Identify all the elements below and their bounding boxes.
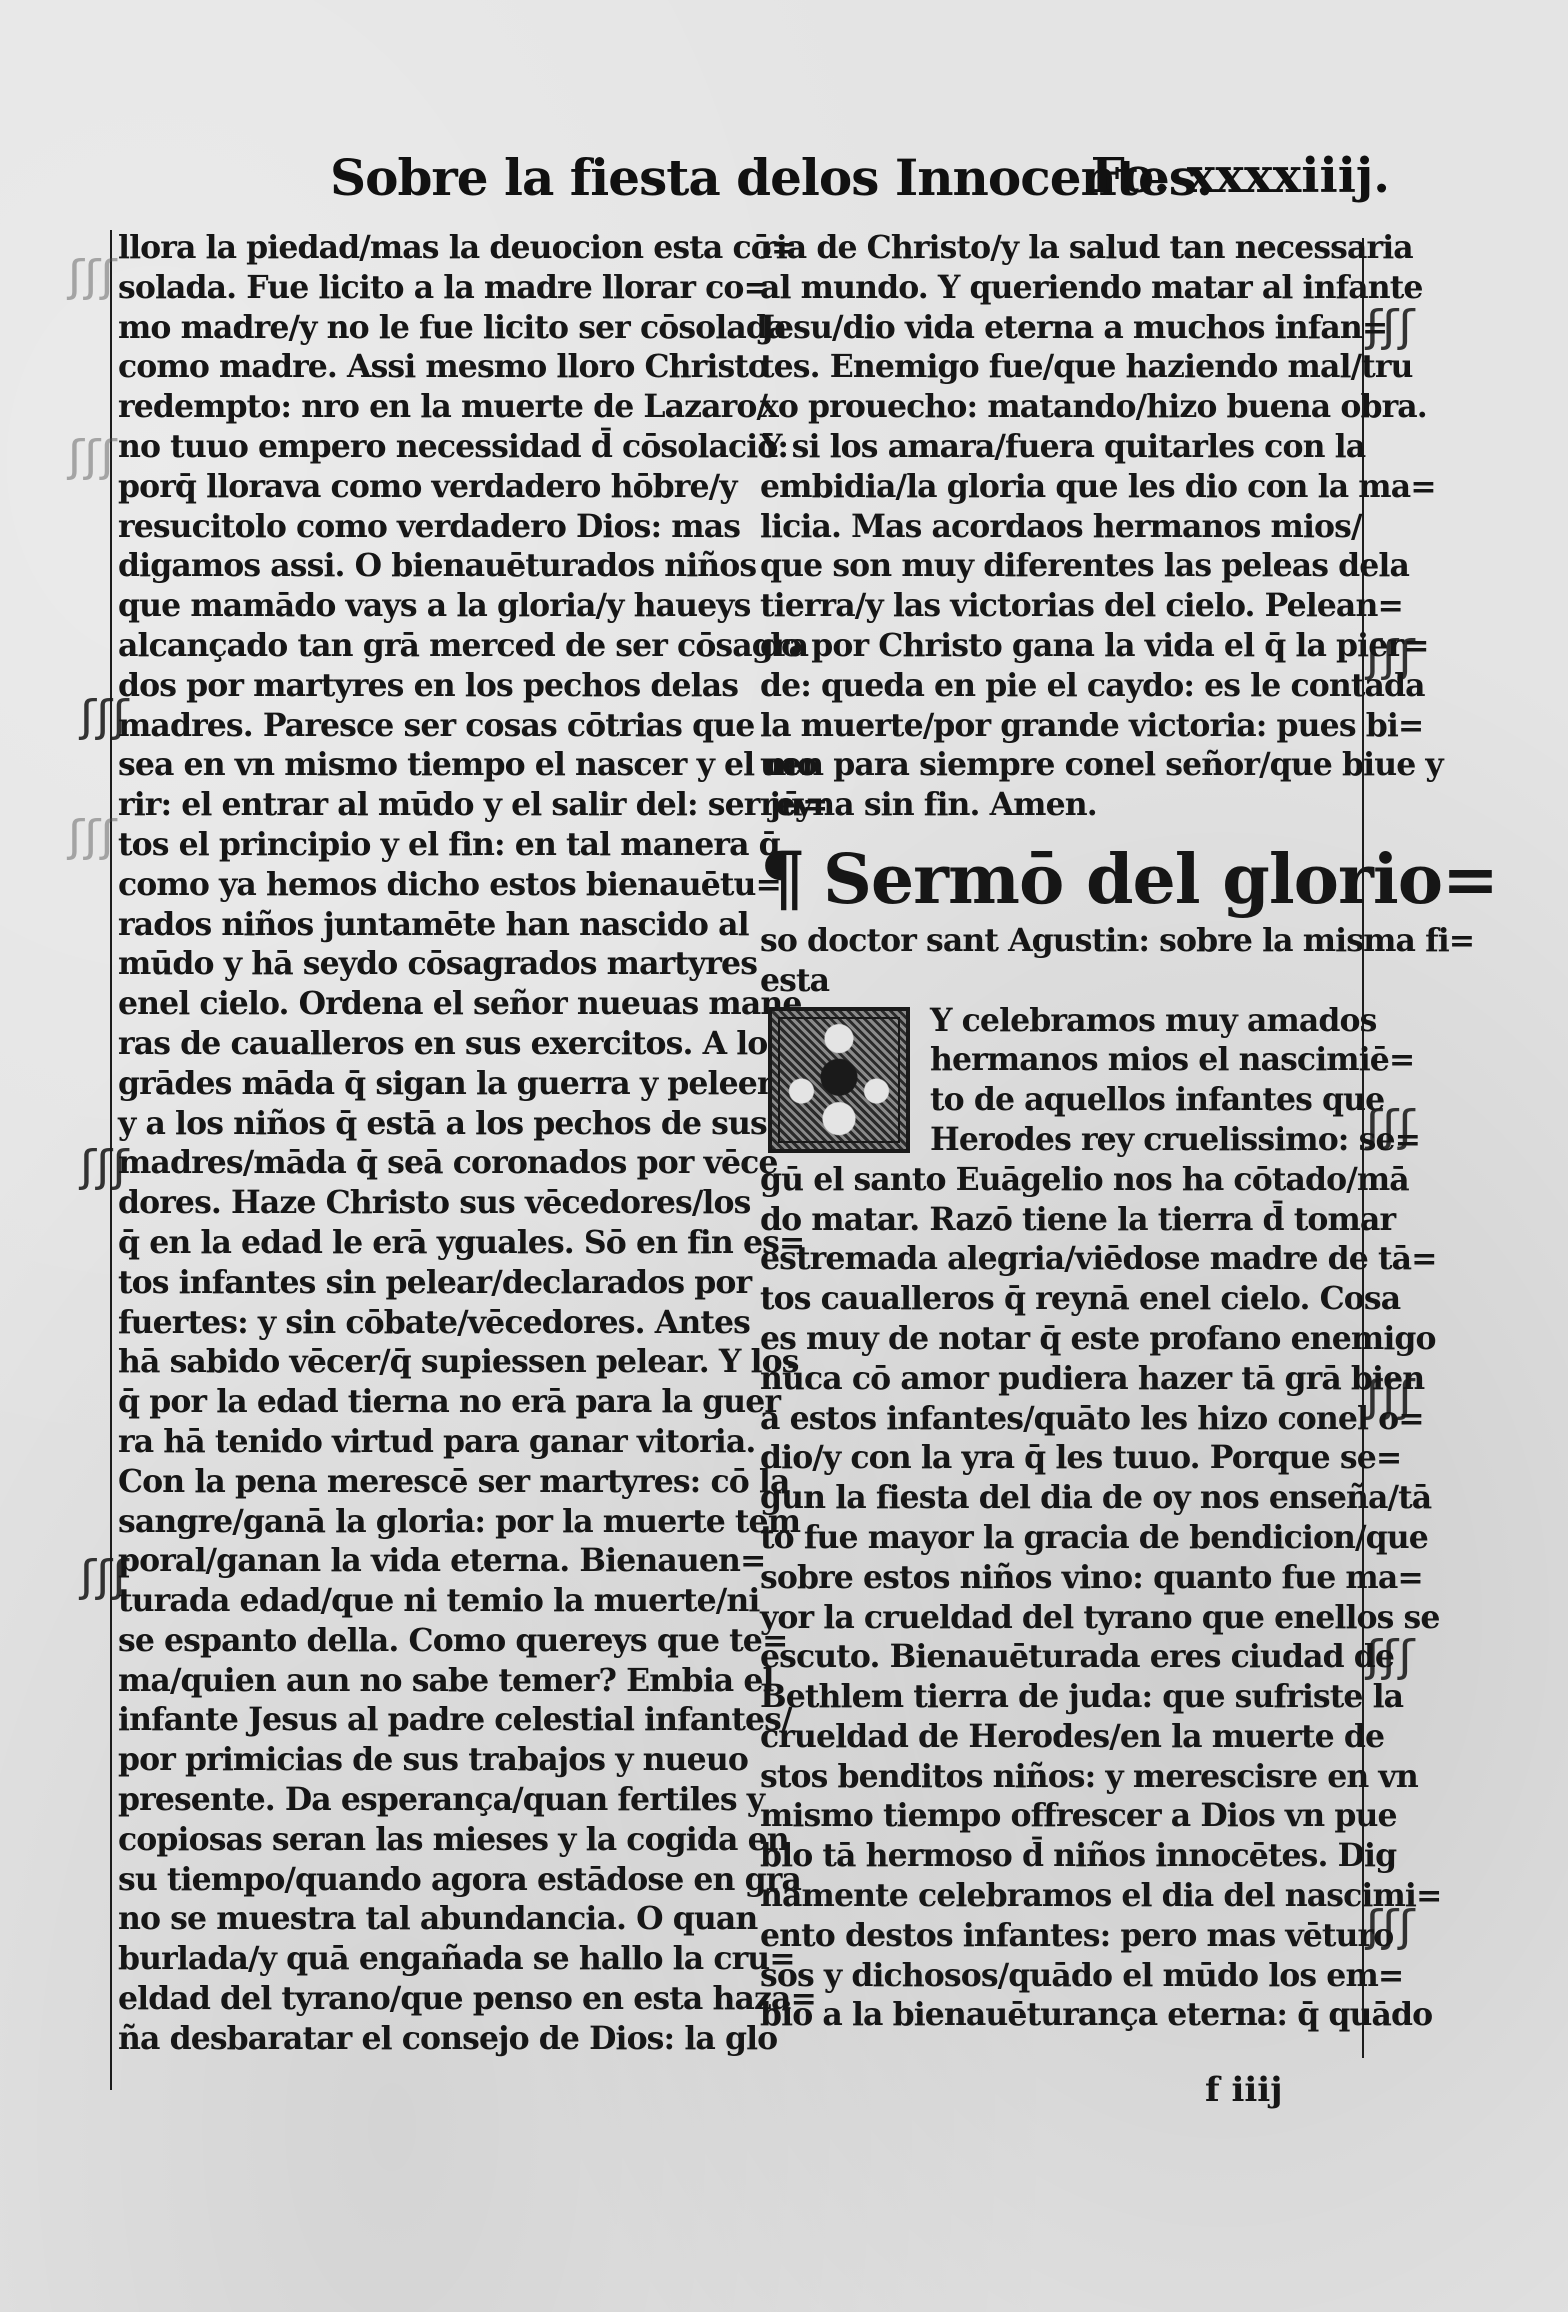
text-line: do por Christo gana la vida el q̄ la pie… [760,626,1360,666]
text-line: Bethlem tierra de juda: que sufriste la [760,1677,1360,1717]
text-line: crueldad de Herodes/en la muerte de [760,1717,1360,1757]
manuscript-page: Sobre la fiesta delos Innocentes. Fo. xx… [0,0,1568,2312]
text-line: grādes māda q̄ sigan la guerra y peleen/ [118,1064,718,1104]
text-line: resucitolo como verdadero Dios: mas [118,507,718,547]
text-line: solada. Fue licito a la madre llorar co= [118,268,718,308]
text-line: tes. Enemigo fue/que haziendo mal/tru [760,347,1360,387]
text-line: gun la fiesta del dia de oy nos enseña/t… [760,1478,1360,1518]
margin-flourish-icon: ʃʃʃ [68,260,117,294]
running-title: Sobre la fiesta delos Innocentes. [330,148,1212,207]
text-line: q̄ por la edad tierna no erā para la gue… [118,1382,718,1422]
right-text-column: ria de Christo/y la salud tan necessaria… [760,228,1360,2035]
margin-flourish-icon: ʃʃʃ [68,440,117,474]
text-line: Jesu/dio vida eterna a muchos infan= [760,308,1360,348]
text-line: Y si los amara/fuera quitarles con la [760,427,1360,467]
text-line: dos por martyres en los pechos delas [118,666,718,706]
text-line: que mamādo vays a la gloria/y haueys [118,586,718,626]
text-line: bio a la bienauēturança eterna: q̄ quādo [760,1995,1360,2035]
text-line: enel cielo. Ordena el señor nueuas mane [118,984,718,1024]
text-line: poral/ganan la vida eterna. Bienauen= [118,1541,718,1581]
text-line: ria de Christo/y la salud tan necessaria [760,228,1360,268]
text-line: namente celebramos el dia del nascimi= [760,1876,1360,1916]
text-line: nūca cō amor pudiera hazer tā grā bien [760,1359,1360,1399]
text-line: dio/y con la yra q̄ les tuuo. Porque se= [760,1438,1360,1478]
text-line: xo prouecho: matando/hizo buena obra. [760,387,1360,427]
text-line: presente. Da esperança/quan fertiles y [118,1780,718,1820]
margin-flourish-icon: ʃʃʃ [68,820,117,854]
text-line: digamos assi. O bienauēturados niños [118,546,718,586]
text-line: infante Jesus al padre celestial infante… [118,1700,718,1740]
text-line: tierra/y las victorias del cielo. Pelean… [760,586,1360,626]
text-line: yor la crueldad del tyrano que enellos s… [760,1598,1360,1638]
text-line: do matar. Razō tiene la tierra d̄ tomar [760,1200,1360,1240]
decorated-initial-woodcut-icon [768,1007,910,1153]
text-line: a estos infantes/quāto les hizo conel o= [760,1399,1360,1439]
text-line: tos el principio y el fin: en tal manera… [118,825,718,865]
signature-mark: f iiij [1205,2070,1283,2110]
text-line: hā sabido vēcer/q̄ supiessen pelear. Y l… [118,1342,718,1382]
initial-paragraph: Y celebramos muy amados hermanos mios el… [760,1001,1360,1160]
sermon-heading-line2: so doctor sant Agustin: sobre la misma f… [760,921,1360,961]
text-line: sos y dichosos/quādo el mūdo los em= [760,1956,1360,1996]
text-line: dores. Haze Christo sus vēcedores/los [118,1183,718,1223]
sermon-heading: ¶Sermō del glorio= so doctor sant Agusti… [760,837,1360,1001]
text-line: mismo tiempo offrescer a Dios vn pue [760,1796,1360,1836]
text-line: alcançado tan grā merced de ser cōsagra [118,626,718,666]
text-line: ra hā tenido virtud para ganar vitoria. [118,1422,718,1462]
text-line: copiosas seran las mieses y la cogida en [118,1820,718,1860]
text-line: ento destos infantes: pero mas vēturo [760,1916,1360,1956]
text-line: llora la piedad/mas la deuocion esta cō= [118,228,718,268]
sermon-heading-line1: ¶Sermō del glorio= [760,837,1360,921]
text-line: estremada alegria/viēdose madre de tā= [760,1239,1360,1279]
text-line: porq̄ llorava como verdadero hōbre/y [118,467,718,507]
folio-number: Fo. xxxxiiij. [1091,148,1390,204]
text-line: como ya hemos dicho estos bienauētu= [118,865,718,905]
text-line: no se muestra tal abundancia. O quan [118,1899,718,1939]
text-line: y a los niños q̄ estā a los pechos de su… [118,1104,718,1144]
text-line: que son muy diferentes las peleas dela [760,546,1360,586]
text-line: to fue mayor la gracia de bendicion/que [760,1518,1360,1558]
text-line: reyna sin fin. Amen. [760,785,1360,825]
text-line: es muy de notar q̄ este profano enemigo [760,1319,1360,1359]
text-line: sangre/ganā la gloria: por la muerte tem [118,1502,718,1542]
text-line: sobre estos niños vino: quanto fue ma= [760,1558,1360,1598]
text-line: rados niños juntamēte han nascido al [118,905,718,945]
sermon-heading-line3: esta [760,961,1360,1001]
text-line: madres. Paresce ser cosas cōtrias que [118,706,718,746]
text-line: blo tā hermoso d̄ niños innocētes. Dig [760,1836,1360,1876]
text-line: redempto: nro en la muerte de Lazaro/ [118,387,718,427]
text-line: madres/māda q̄ seā coronados por vēce [118,1143,718,1183]
text-line: al mundo. Y queriendo matar al infante [760,268,1360,308]
text-line: fuertes: y sin cōbate/vēcedores. Antes [118,1303,718,1343]
text-line: escuto. Bienauēturada eres ciudad de [760,1637,1360,1677]
text-line: se espanto della. Como quereys que te= [118,1621,718,1661]
text-line: no tuuo empero necessidad d̄ cōsolaciō: [118,427,718,467]
text-line: uen para siempre conel señor/que biue y [760,745,1360,785]
text-line: burlada/y quā engañada se hallo la cru= [118,1939,718,1979]
text-line: q̄ en la edad le erā yguales. Sō en fin … [118,1223,718,1263]
heading-text: Sermō del glorio= [823,840,1498,920]
text-line: ma/quien aun no sabe temer? Embia el [118,1661,718,1701]
text-line: eldad del tyrano/que penso en esta haza= [118,1979,718,2019]
left-text-column: llora la piedad/mas la deuocion esta cō=… [118,228,718,2059]
text-line: de: queda en pie el caydo: es le contada [760,666,1360,706]
text-line: tos caualleros q̄ reynā enel cielo. Cosa [760,1279,1360,1319]
text-line: la muerte/por grande victoria: pues bi= [760,706,1360,746]
text-line: rir: el entrar al mūdo y el salir del: s… [118,785,718,825]
text-line: su tiempo/quando agora estādose en gra [118,1860,718,1900]
text-line: mo madre/y no le fue licito ser cōsolada [118,308,718,348]
text-line: turada edad/que ni temio la muerte/ni [118,1581,718,1621]
text-line: tos infantes sin pelear/declarados por [118,1263,718,1303]
text-line: ña desbaratar el consejo de Dios: la glo [118,2019,718,2059]
running-head: Sobre la fiesta delos Innocentes. Fo. xx… [330,148,1390,218]
pilcrow-icon: ¶ [760,837,805,919]
text-line: stos benditos niños: y merescisre en vn [760,1757,1360,1797]
text-line: Con la pena merescē ser martyres: cō la [118,1462,718,1502]
text-line: como madre. Assi mesmo lloro Christo [118,347,718,387]
text-line: sea en vn mismo tiempo el nascer y el mo [118,745,718,785]
text-line: ras de caualleros en sus exercitos. A lo… [118,1024,718,1064]
text-line: embidia/la gloria que les dio con la ma= [760,467,1360,507]
text-line: licia. Mas acordaos hermanos mios/ [760,507,1360,547]
text-line: mūdo y hā seydo cōsagrados martyres [118,944,718,984]
text-line: gū el santo Euāgelio nos ha cōtado/mā [760,1160,1360,1200]
text-line: por primicias de sus trabajos y nueuo [118,1740,718,1780]
